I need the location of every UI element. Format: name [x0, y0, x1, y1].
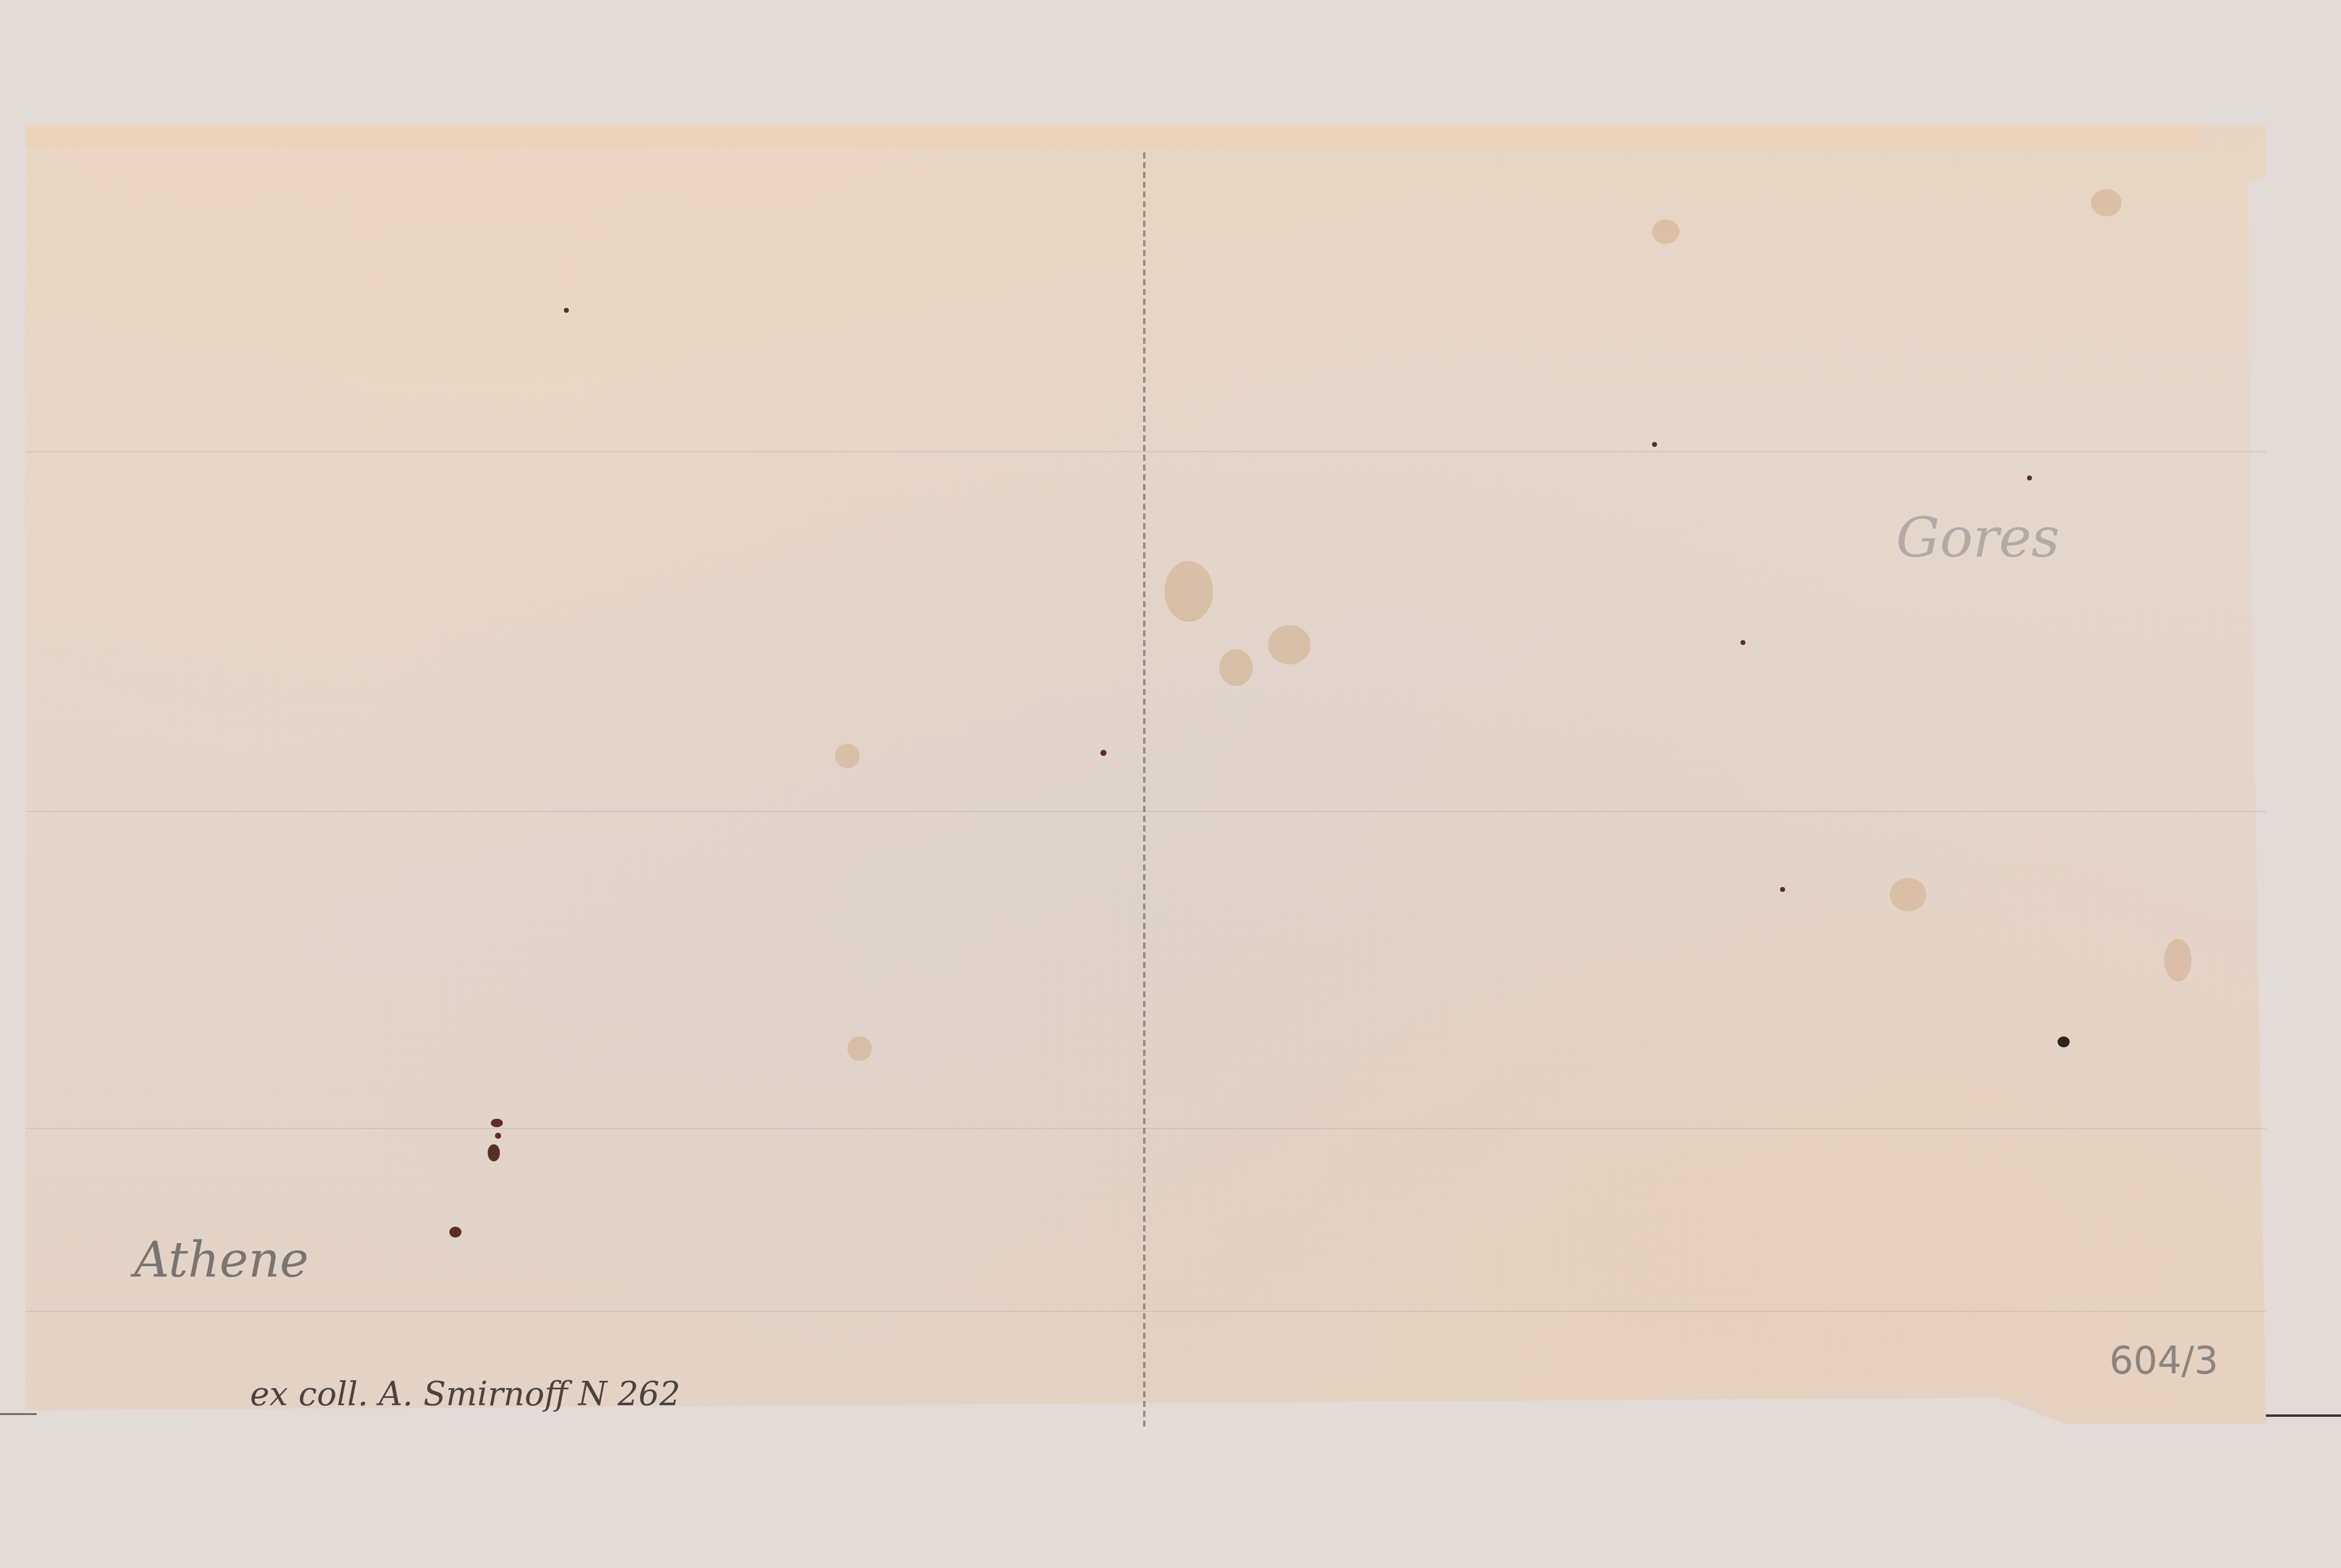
ink-spot [1652, 442, 1657, 447]
ink-spot [564, 308, 569, 313]
ink-spot [1741, 640, 1745, 645]
foxing-stain [1219, 649, 1253, 686]
ink-collection-mark: ex coll. A. Smirnoff N 262 [250, 1375, 680, 1413]
faint-line [26, 811, 2266, 812]
center-fold-line [1143, 152, 1146, 1427]
paper-top-edge [26, 125, 2202, 148]
faint-line [26, 1128, 2266, 1129]
ink-spot [495, 1133, 501, 1139]
mount-edge-left [0, 1413, 37, 1415]
foxing-stain [847, 1036, 872, 1061]
ink-spot [491, 1119, 503, 1127]
faint-line [26, 451, 2266, 452]
foxing-stain [1164, 561, 1213, 622]
faint-line [26, 1311, 2266, 1312]
ink-spot [2027, 476, 2032, 480]
ink-spot [488, 1144, 500, 1161]
paper-sheet [26, 125, 2266, 1424]
ink-spot [2058, 1036, 2070, 1047]
ink-spot [1780, 887, 1785, 892]
foxing-stain [2164, 939, 2192, 982]
ink-spot [1100, 750, 1106, 756]
pencil-annotation-athene: Athene [134, 1231, 308, 1288]
foxing-stain [1652, 219, 1680, 244]
foxing-stain [835, 744, 860, 768]
foxing-stain [1268, 625, 1311, 665]
pencil-inventory-number: 604/3 [2109, 1338, 2218, 1383]
foxing-stain [1890, 878, 1926, 911]
ink-spot [449, 1227, 461, 1238]
foxing-stain [2091, 189, 2122, 216]
pencil-annotation-gores: Gores [1896, 506, 2060, 570]
background-surface [0, 1420, 2341, 1568]
